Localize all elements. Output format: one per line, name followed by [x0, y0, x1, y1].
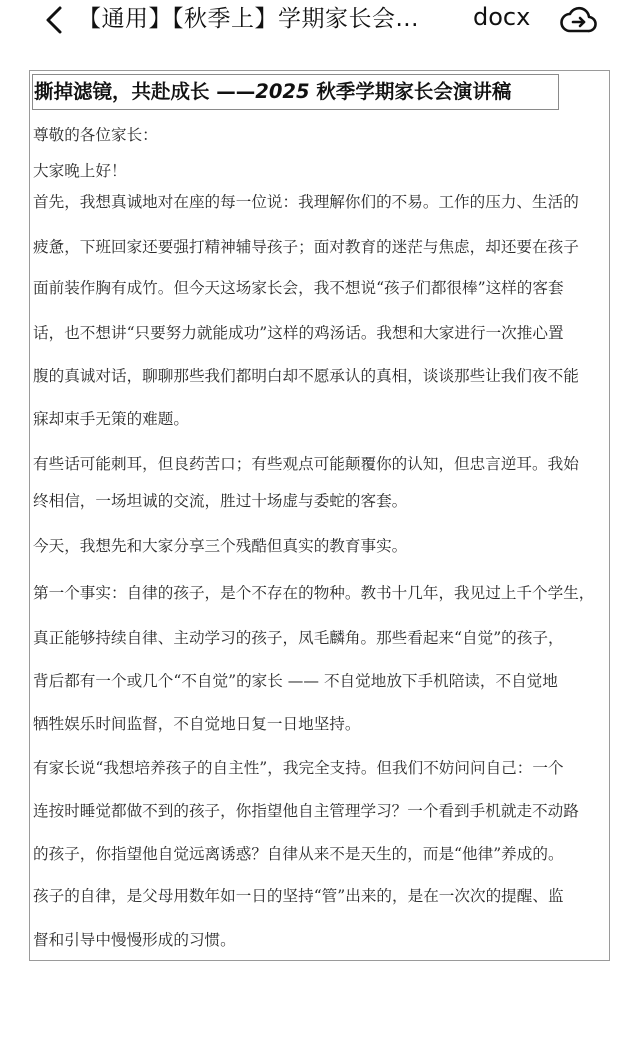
- text-line: 终相信，一场坦诚的交流，胜过十场虚与委蛇的客套。: [33, 491, 407, 511]
- text-line: 连按时睡觉都做不到的孩子，你指望他自主管理学习？一个看到手机就走不动路: [33, 801, 579, 821]
- title-year: 2025: [255, 80, 309, 103]
- text-line: 第一个事实：自律的孩子，是个不存在的物种。教书十几年，我见过上千个学生，: [33, 583, 594, 603]
- text-line: 有些话可能刺耳，但良药苦口；有些观点可能颠覆你的认知，但忠言逆耳。我始: [33, 454, 579, 474]
- text-line: 大家晚上好！: [33, 161, 127, 181]
- text-line: 今天，我想先和大家分享三个残酷但真实的教育事实。: [33, 536, 407, 556]
- document-page[interactable]: 撕掉滤镜，共赴成长 ——2025 秋季学期家长会演讲稿 尊敬的各位家长： 大家晚…: [29, 70, 610, 961]
- text-line: 督和引导中慢慢形成的习惯。: [33, 930, 236, 950]
- top-bar: 【通用】【秋季上】学期家长会... docx: [0, 0, 640, 40]
- text-line: 孩子的自律，是父母用数年如一日的坚持“管”出来的，是在一次次的提醒、监: [33, 886, 564, 906]
- text-line: 背后都有一个或几个“不自觉”的家长 —— 不自觉地放下手机陪读，不自觉地: [33, 671, 558, 691]
- title-prefix: 撕掉滤镜，共赴成长 ——: [34, 80, 255, 103]
- text-line: 牺牲娱乐时间监督，不自觉地日复一日地坚持。: [33, 714, 360, 734]
- file-title: 【通用】【秋季上】学期家长会...: [78, 3, 419, 35]
- document-title: 撕掉滤镜，共赴成长 ——2025 秋季学期家长会演讲稿: [32, 74, 559, 110]
- text-line: 真正能够持续自律、主动学习的孩子，凤毛麟角。那些看起来“自觉”的孩子，: [33, 628, 564, 648]
- text-line: 话，也不想讲“只要努力就能成功”这样的鸡汤话。我想和大家进行一次推心置: [33, 323, 564, 343]
- text-line: 首先，我想真诚地对在座的每一位说：我理解你们的不易。工作的压力、生活的: [33, 192, 579, 212]
- cloud-upload-button[interactable]: [560, 3, 598, 35]
- text-line: 疲惫，下班回家还要强打精神辅导孩子；面对教育的迷茫与焦虑，却还要在孩子: [33, 237, 579, 257]
- back-button[interactable]: [40, 4, 70, 36]
- text-line: 的孩子，你指望他自觉远离诱惑？自律从来不是天生的，而是“他律”养成的。: [33, 844, 564, 864]
- text-line: 尊敬的各位家长：: [33, 125, 158, 145]
- text-line: 腹的真诚对话，聊聊那些我们都明白却不愿承认的真相，谈谈那些让我们夜不能: [33, 366, 579, 386]
- text-line: 寐却束手无策的难题。: [33, 409, 189, 429]
- text-line: 面前装作胸有成竹。但今天这场家长会，我不想说“孩子们都很棒”这样的客套: [33, 278, 564, 298]
- file-extension: docx: [473, 1, 530, 33]
- cloud-upload-arrow-icon: [560, 3, 598, 35]
- chevron-left-icon: [40, 4, 70, 36]
- text-line: 有家长说“我想培养孩子的自主性”，我完全支持。但我们不妨问问自己：一个: [33, 758, 564, 778]
- title-suffix: 秋季学期家长会演讲稿: [310, 80, 512, 103]
